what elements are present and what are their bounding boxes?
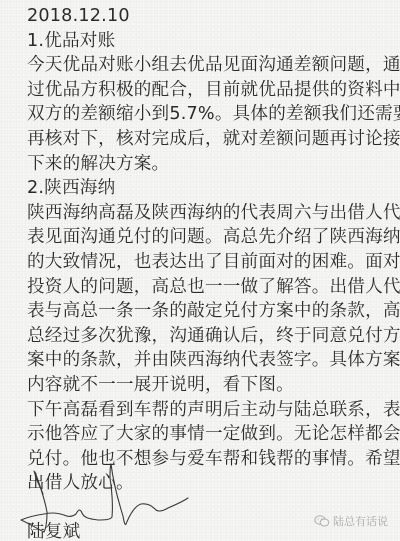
note-body: 2018.12.10 1.优品对账 今天优品对账小组去优品见面沟通差额问题，通 … [27,4,373,541]
section-1-line: 今天优品对账小组去优品见面沟通差额问题，通 [27,53,373,78]
wechat-icon [314,515,330,527]
watermark-text: 陆总有话说 [333,513,388,529]
section-2-line: 案中的条款，并由陕西海纳代表签字。具体方案 [27,348,373,373]
section-2-line: 表见面沟通兑付的问题。高总先介绍了陕西海纳 [27,225,373,250]
section-2-line: 表与高总一条一条的敲定兑付方案中的条款，高 [27,299,373,324]
section-2-line: 兑付。他也不想参与爱车帮和钱帮的事情。希望 [27,447,373,472]
watermark: 陆总有话说 [314,513,388,529]
section-2-line: 下午高磊看到车帮的声明后主动与陆总联系，表 [27,398,373,423]
section-1-heading: 1.优品对账 [27,29,373,54]
section-1-line: 再核对下，核对完成后，就对差额问题再讨论接 [27,127,373,152]
section-2-line: 示他答应了大家的事情一定做到。无论怎样都会 [27,422,373,447]
section-1-line: 过优品方积极的配合，目前就优品提供的资料中 [27,78,373,103]
section-2-line: 内容就不一一展开说明，看下图。 [27,373,373,398]
section-1-line: 双方的差额缩小到5.7%。具体的差额我们还需要 [27,102,373,127]
section-2-line: 出借人放心。 [27,471,373,496]
section-2-line: 陕西海纳高磊及陕西海纳的代表周六与出借人代 [27,201,373,226]
section-2-line: 投资人的问题，高总也一一做了解答。出借人代 [27,275,373,300]
section-2-line: 总经过多次犹豫，沟通确认后，终于同意兑付方 [27,324,373,349]
section-1-line: 下来的解决方案。 [27,152,373,177]
note-date: 2018.12.10 [27,4,373,29]
section-2-heading: 2.陕西海纳 [27,176,373,201]
section-2-line: 的大致情况，也表达出了目前面对的困难。面对 [27,250,373,275]
